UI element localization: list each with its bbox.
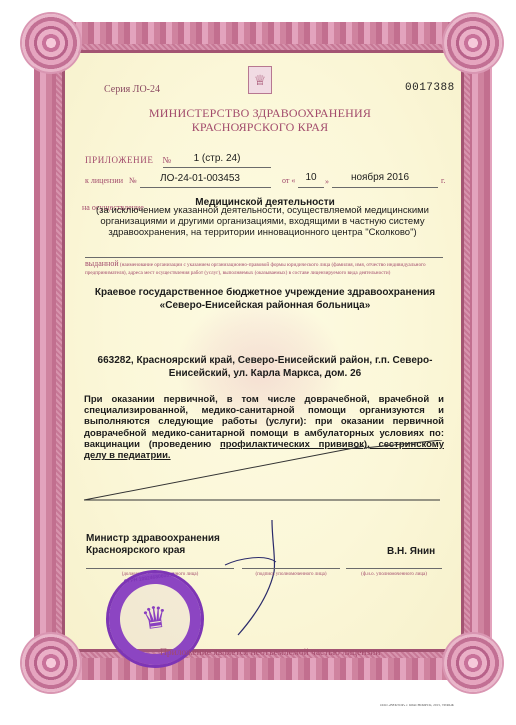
activity-exclusion: (за исключением указанной деятельности, …	[80, 205, 445, 238]
form-number: 0017388	[405, 82, 455, 94]
appendix-number-value: 1 (стр. 24)	[163, 153, 271, 164]
license-label: к лицензии №	[85, 176, 137, 185]
date-from-label: от «	[282, 176, 295, 185]
quote-close: »	[325, 177, 329, 186]
signature-line	[242, 568, 340, 569]
signatory-name: В.Н. Янин	[387, 546, 435, 557]
divider	[85, 257, 443, 258]
license-day-value: 10	[298, 172, 324, 183]
ministry-title: МИНИСТЕРСТВО ЗДРАВООХРАНЕНИЯ КРАСНОЯРСКО…	[130, 106, 390, 134]
rosette-corner-icon	[444, 14, 502, 72]
printer-imprint: ООО «ВЕКТОР» г. КРАСНОЯРСК, 2015, ТИРАЖ	[380, 703, 454, 707]
license-month-year-value: ноября 2016	[335, 172, 425, 183]
issued-to-caption: выданной (наименование организации с ука…	[85, 260, 445, 277]
appendix-label: ПРИЛОЖЕНИЕ №	[85, 155, 172, 165]
rosette-corner-icon	[22, 634, 80, 692]
signatory-position: Министр здравоохранения Красноярского кр…	[86, 533, 220, 557]
month-year-underline	[332, 187, 438, 188]
signature-caption: (подпись уполномоченного лица)	[242, 572, 340, 577]
rosette-corner-icon	[22, 14, 80, 72]
coat-of-arms-icon: ♕	[248, 66, 272, 94]
organization-address: 663282, Красноярский край, Северо-Енисей…	[85, 354, 445, 380]
license-underline	[140, 187, 271, 188]
day-underline	[298, 187, 324, 188]
handwritten-signature	[220, 520, 330, 640]
name-line	[346, 568, 442, 569]
rosette-corner-icon	[444, 634, 502, 692]
footer-note: Приложение является неотъемлемой частью …	[160, 648, 380, 658]
ministry-title-line1: МИНИСТЕРСТВО ЗДРАВООХРАНЕНИЯ	[130, 106, 390, 120]
blank-space-z-line	[80, 440, 450, 505]
appendix-underline	[163, 167, 271, 168]
series-label: Серия ЛО-24	[104, 84, 160, 95]
year-suffix: г.	[441, 176, 445, 185]
krasnoyarsk-crest-icon: ♛	[140, 602, 171, 635]
position-line	[86, 568, 234, 569]
ministry-title-line2: КРАСНОЯРСКОГО КРАЯ	[130, 120, 390, 134]
license-number-value: ЛО-24-01-003453	[140, 173, 260, 184]
organization-name: Краевое государственное бюджетное учрежд…	[85, 286, 445, 312]
name-caption: (ф.и.о. уполномоченного лица)	[346, 572, 442, 577]
